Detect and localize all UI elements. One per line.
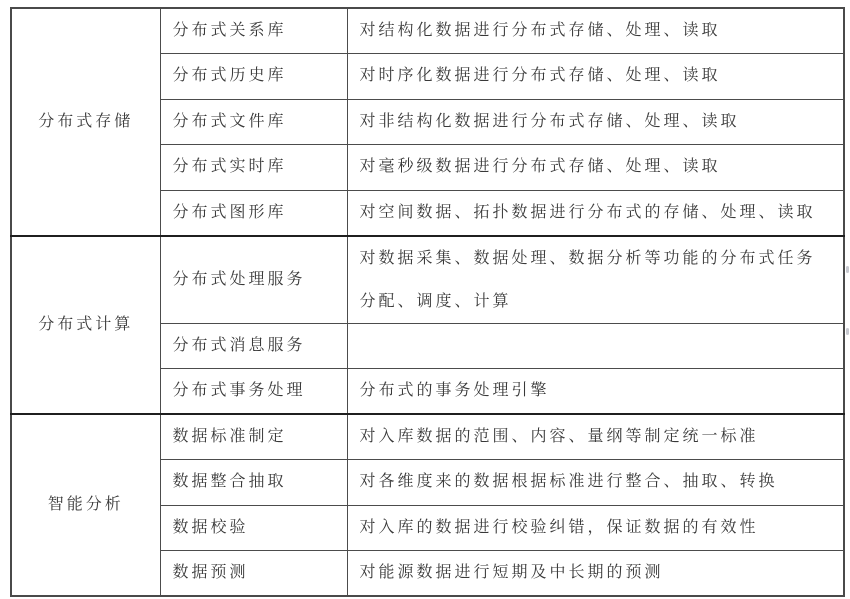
description-cell: 对非结构化数据进行分布式存储、处理、读取 [347, 99, 844, 145]
description-cell: 对数据采集、数据处理、数据分析等功能的分布式任务分配、调度、计算 [347, 236, 844, 324]
item-cell: 分布式文件库 [160, 99, 347, 145]
description-cell [347, 323, 844, 369]
description-cell: 对时序化数据进行分布式存储、处理、读取 [347, 54, 844, 100]
table-row: 分布式计算 分布式处理服务 对数据采集、数据处理、数据分析等功能的分布式任务分配… [11, 236, 844, 324]
category-cell: 分布式计算 [11, 236, 160, 415]
description-cell: 对入库数据的范围、内容、量纲等制定统一标准 [347, 414, 844, 460]
description-cell: 对空间数据、拓扑数据进行分布式的存储、处理、读取 [347, 190, 844, 236]
item-cell: 分布式关系库 [160, 8, 347, 54]
item-cell: 分布式处理服务 [160, 236, 347, 324]
description-cell: 分布式的事务处理引擎 [347, 369, 844, 415]
table-row: 分布式存储 分布式关系库 对结构化数据进行分布式存储、处理、读取 [11, 8, 844, 54]
description-cell: 对入库的数据进行校验纠错，保证数据的有效性 [347, 505, 844, 551]
item-cell: 分布式实时库 [160, 145, 347, 191]
item-cell: 分布式消息服务 [160, 323, 347, 369]
description-cell: 对结构化数据进行分布式存储、处理、读取 [347, 8, 844, 54]
description-cell: 对毫秒级数据进行分布式存储、处理、读取 [347, 145, 844, 191]
capability-table: 分布式存储 分布式关系库 对结构化数据进行分布式存储、处理、读取 分布式历史库 … [10, 7, 845, 597]
item-cell: 数据标准制定 [160, 414, 347, 460]
scan-artifact [846, 328, 849, 335]
description-cell: 对各维度来的数据根据标准进行整合、抽取、转换 [347, 460, 844, 506]
item-cell: 数据预测 [160, 551, 347, 597]
item-cell: 数据整合抽取 [160, 460, 347, 506]
item-cell: 数据校验 [160, 505, 347, 551]
description-cell: 对能源数据进行短期及中长期的预测 [347, 551, 844, 597]
item-cell: 分布式图形库 [160, 190, 347, 236]
category-cell: 智能分析 [11, 414, 160, 596]
scan-artifact [846, 266, 849, 273]
document-page: 分布式存储 分布式关系库 对结构化数据进行分布式存储、处理、读取 分布式历史库 … [0, 0, 850, 599]
item-cell: 分布式事务处理 [160, 369, 347, 415]
item-cell: 分布式历史库 [160, 54, 347, 100]
table-row: 智能分析 数据标准制定 对入库数据的范围、内容、量纲等制定统一标准 [11, 414, 844, 460]
category-cell: 分布式存储 [11, 8, 160, 236]
